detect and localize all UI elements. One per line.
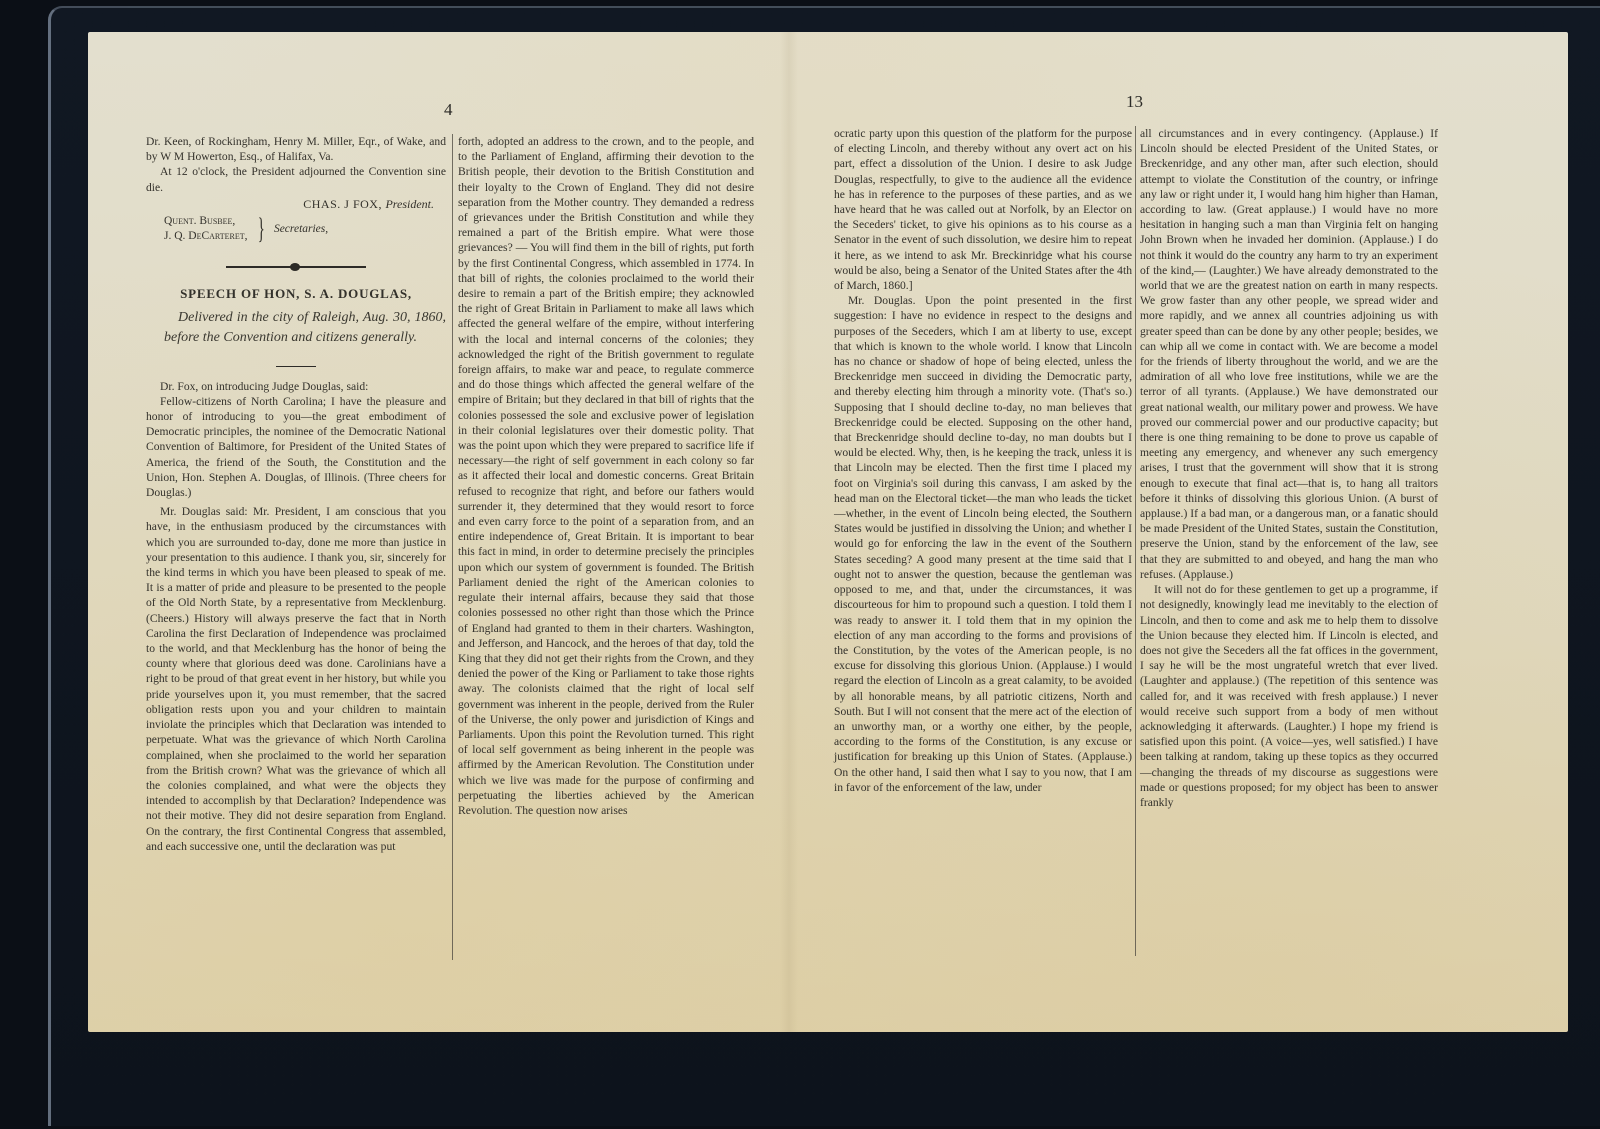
fox-paragraph: Fellow-citizens of North Carolina; I hav… [146,394,446,500]
intro-paragraph: Dr. Fox, on introducing Judge Douglas, s… [146,379,446,394]
question-paragraph: ocratic party upon this question of the … [834,126,1132,293]
short-divider [276,366,316,367]
answer-paragraph: Mr. Douglas. Upon the point presented in… [834,293,1132,795]
speech-headline: SPEECH OF HON, S. A. DOUGLAS, [146,286,446,301]
president-name: CHAS. J FOX, [303,197,382,211]
secretary-name: J. Q. DeCarteret, [164,229,248,244]
left-page-column-1: Dr. Keen, of Rockingham, Henry M. Miller… [146,134,446,854]
right-page-column-2: all circumstances and in every contingen… [1140,126,1438,810]
column-rule [1135,126,1136,956]
body-paragraph: all circumstances and in every contingen… [1140,126,1438,582]
page-number: 4 [444,100,453,120]
programme-paragraph: It will not do for these gentlemen to ge… [1140,582,1438,810]
page-number: 13 [1126,92,1143,112]
secretaries-block: Quent. Busbee, J. Q. DeCarteret, } Secre… [164,214,446,244]
douglas-paragraph: Mr. Douglas said: Mr. President, I am co… [146,504,446,854]
secretary-name: Quent. Busbee, [164,214,248,229]
center-fold [780,32,798,1032]
brace-icon: } [257,215,264,243]
body-paragraph: forth, adopted an address to the crown, … [458,134,754,818]
president-signature: CHAS. J FOX, President. [146,197,434,212]
right-page-column-1: ocratic party upon this question of the … [834,126,1132,795]
ornamental-divider [226,266,366,268]
left-page-column-2: forth, adopted an address to the crown, … [458,134,754,818]
intro-lines: Dr. Keen, of Rockingham, Henry M. Miller… [146,134,446,164]
speech-subheadline: Delivered in the city of Raleigh, Aug. 3… [146,308,446,348]
column-rule [452,134,453,960]
adjourn-paragraph: At 12 o'clock, the President adjourned t… [146,164,446,194]
secretaries-label: Secretaries, [274,222,328,237]
president-title: President. [385,197,434,211]
